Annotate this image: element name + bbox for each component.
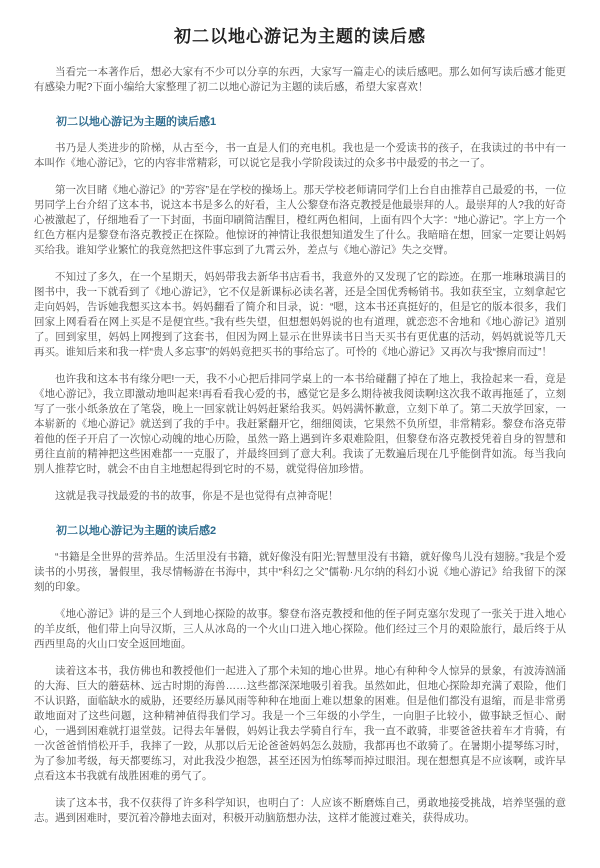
paragraph: 不知过了多久，在一个星期天，妈妈带我去新华书店看书，我意外的又发现了它的踪迹。在… [34,270,566,360]
section-heading-1: 初二以地心游记为主题的读后感1 [34,113,566,129]
page-title: 初二以地心游记为主题的读后感 [34,22,566,47]
paragraph: 读着这本书，我仿佛也和教授他们一起进入了那个未知的地心世界。地心有种种令人惊异的… [34,664,566,784]
paragraph: 读了这本书，我不仅获得了许多科学知识，也明白了：人应该不断磨炼自己，勇敢地接受挑… [34,796,566,826]
paragraph: 第一次目睹《地心游记》的“芳容”是在学校的操场上。那天学校老师请同学们上台自由推… [34,183,566,258]
paragraph: “书籍是全世界的营养品。生活里没有书籍，就好像没有阳光;智慧里没有书籍，就好像鸟… [34,550,566,595]
section-heading-2: 初二以地心游记为主题的读后感2 [34,522,566,538]
paragraph: 也许我和这本书有缘分吧!一天，我不小心把后排同学桌上的一本书给碰翻了掉在了地上，… [34,372,566,477]
paragraph: 《地心游记》讲的是三个人到地心探险的故事。黎登布洛克教授和他的侄子阿克塞尔发现了… [34,607,566,652]
intro-paragraph: 当看完一本著作后，想必大家有不少可以分享的东西，大家写一篇走心的读后感吧。那么如… [34,65,566,95]
article-page: 初二以地心游记为主题的读后感 当看完一本著作后，想必大家有不少可以分享的东西，大… [0,0,600,868]
paragraph: 这就是我寻找最爱的书的故事，你是不是也觉得有点神奇呢！ [34,489,566,504]
paragraph: 书乃是人类进步的阶梯，从古至今，书一直是人们的充电机。我也是一个爱读书的孩子，在… [34,141,566,171]
